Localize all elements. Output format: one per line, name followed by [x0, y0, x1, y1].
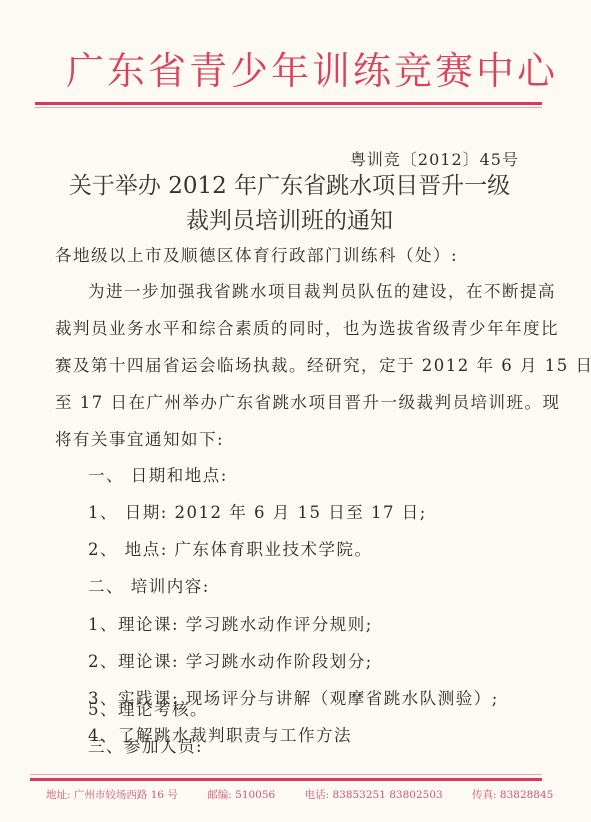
section-item: 1、理论课: 学习跳水动作评分规则; — [88, 614, 373, 636]
salutation: 各地级以上市及顺德区体育行政部门训练科（处）: — [55, 245, 458, 267]
document-title-line2: 裁判员培训班的通知 — [0, 206, 585, 236]
section-item: 5、理论考核。 — [88, 699, 208, 721]
document-title-line1: 关于举办 2012 年广东省跳水项目晋升一级 — [0, 171, 585, 201]
section-heading-participants: 三、参加人员: — [88, 736, 203, 758]
section-heading-date-location: 一、 日期和地点: — [88, 465, 228, 487]
footer-fax: 传真: 83828845 — [472, 789, 553, 801]
document-number: 粤训竞〔2012〕45号 — [350, 150, 519, 170]
section-item: 2、理论课: 学习跳水动作阶段划分; — [88, 651, 373, 673]
paragraph-line: 赛及第十四届省运会临场执裁。经研究，定于 2012 年 6 月 15 日 — [55, 355, 591, 377]
footer-divider-thick — [30, 778, 542, 781]
paragraph-line: 至 17 日在广州举办广东省跳水项目晋升一级裁判员培训班。现 — [55, 392, 561, 414]
footer-contact: 地址: 广州市较场西路 16 号 邮编: 510056 电话: 83853251… — [46, 788, 553, 802]
letterhead-organization: 广东省青少年训练竞赛中心 — [66, 46, 511, 96]
paragraph-line: 为进一步加强我省跳水项目裁判员队伍的建设，在不断提高 — [88, 281, 556, 303]
footer-phone: 电话: 83853251 83802503 — [305, 789, 443, 801]
footer-postcode: 邮编: 510056 — [207, 789, 275, 801]
header-divider-thick — [35, 102, 542, 105]
footer-address: 地址: 广州市较场西路 16 号 — [46, 789, 178, 801]
footer-divider-thin — [30, 774, 542, 775]
paragraph-line: 将有关事宜通知如下: — [55, 429, 224, 451]
section-item: 2、 地点: 广东体育职业技术学院。 — [88, 539, 373, 561]
section-heading-training-content: 二、 培训内容: — [88, 576, 210, 598]
paragraph-line: 裁判员业务水平和综合素质的同时，也为选拔省级青少年年度比 — [55, 318, 559, 340]
section-item: 1、 日期: 2012 年 6 月 15 日至 17 日; — [88, 502, 427, 524]
header-divider-thin — [35, 107, 542, 108]
